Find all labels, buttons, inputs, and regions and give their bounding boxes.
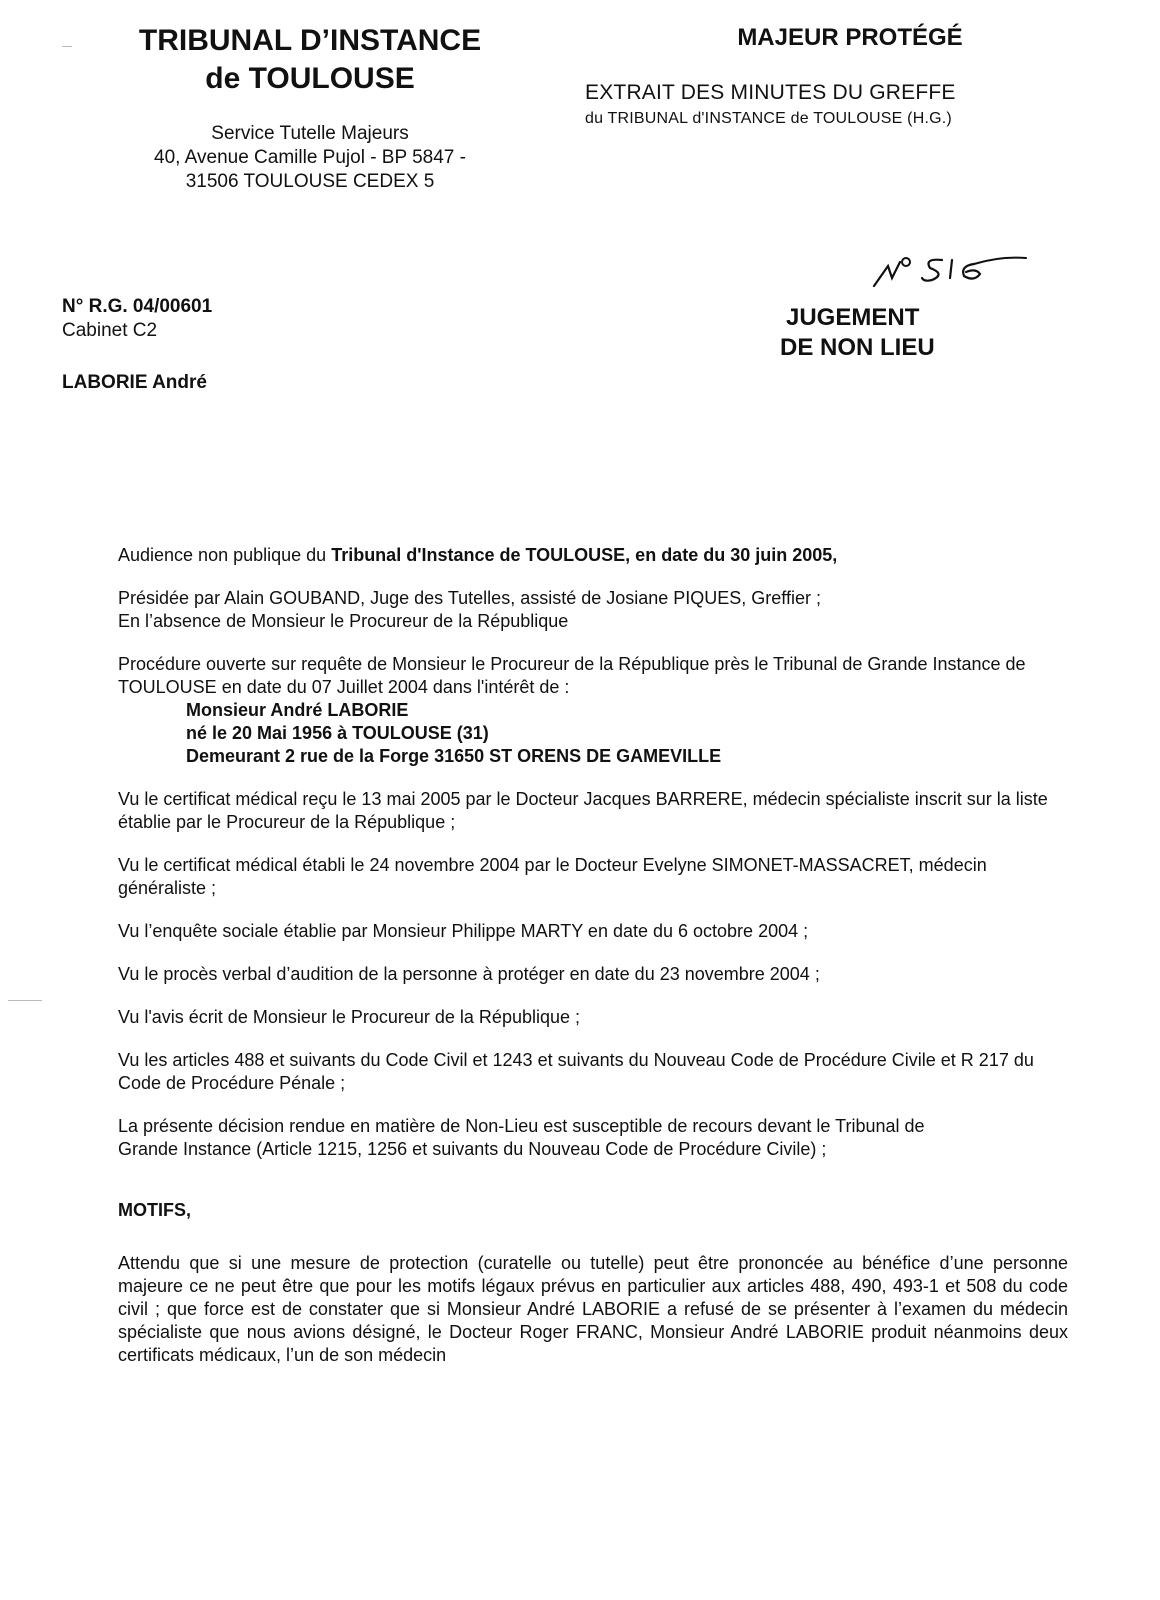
scan-artifact (62, 46, 72, 47)
person-name: Monsieur André LABORIE (186, 700, 408, 720)
vu-item: Vu le procès verbal d’audition de la per… (118, 963, 1068, 986)
presidee-line2: En l’absence de Monsieur le Procureur de… (118, 611, 568, 631)
vu-item: Vu le certificat médical reçu le 13 mai … (118, 788, 1068, 834)
motifs-heading: MOTIFS, (118, 1199, 1068, 1222)
extrait-line1: EXTRAIT DES MINUTES DU GREFFE (585, 80, 956, 106)
judgment-title-line2: DE NON LIEU (780, 333, 935, 363)
person-block: Monsieur André LABORIE né le 20 Mai 1956… (118, 699, 1068, 768)
rg-number: N° R.G. 04/00601 (62, 295, 212, 319)
presidee-line1: Présidée par Alain GOUBAND, Juge des Tut… (118, 588, 821, 608)
extrait-line2: du TRIBUNAL d'INSTANCE de TOULOUSE (H.G.… (585, 106, 956, 132)
court-name-line2: de TOULOUSE (100, 60, 520, 98)
vu-item: Vu les articles 488 et suivants du Code … (118, 1049, 1068, 1095)
handwritten-number (870, 248, 1030, 292)
court-service: Service Tutelle Majeurs (100, 122, 520, 146)
scan-artifact (8, 1000, 42, 1001)
court-address: Service Tutelle Majeurs 40, Avenue Camil… (100, 122, 520, 194)
person-address: Demeurant 2 rue de la Forge 31650 ST ORE… (186, 746, 721, 766)
extrait-stamp: EXTRAIT DES MINUTES DU GREFFE du TRIBUNA… (585, 80, 956, 132)
vu-item: Vu le certificat médical établi le 24 no… (118, 854, 1068, 900)
audience-paragraph: Audience non publique du Tribunal d'Inst… (118, 544, 1068, 567)
case-reference: N° R.G. 04/00601 Cabinet C2 (62, 295, 212, 343)
motifs-paragraph: Attendu que si une mesure de protection … (118, 1252, 1068, 1367)
audience-court-date: Tribunal d'Instance de TOULOUSE, en date… (331, 545, 837, 565)
court-address-line1: 40, Avenue Camille Pujol - BP 5847 - (100, 146, 520, 170)
procedure-paragraph: Procédure ouverte sur requête de Monsieu… (118, 653, 1068, 699)
judgment-title: JUGEMENT DE NON LIEU (780, 303, 935, 363)
court-name: TRIBUNAL D’INSTANCE de TOULOUSE (100, 22, 520, 98)
audience-prefix: Audience non publique du (118, 545, 331, 565)
vu-item: Vu l’enquête sociale établie par Monsieu… (118, 920, 1068, 943)
person-birth: né le 20 Mai 1956 à TOULOUSE (31) (186, 723, 489, 743)
vu-item: Vu l'avis écrit de Monsieur le Procureur… (118, 1006, 1068, 1029)
recours-paragraph: La présente décision rendue en matière d… (118, 1115, 1068, 1161)
court-name-line1: TRIBUNAL D’INSTANCE (100, 22, 520, 60)
judgment-title-line1: JUGEMENT (780, 303, 935, 333)
status-heading: MAJEUR PROTÉGÉ (640, 24, 1060, 52)
document-body: Audience non publique du Tribunal d'Inst… (118, 544, 1068, 1387)
party-name: LABORIE André (62, 372, 207, 394)
handwritten-number-drawing (870, 248, 1030, 292)
cabinet: Cabinet C2 (62, 319, 212, 343)
court-address-line2: 31506 TOULOUSE CEDEX 5 (100, 170, 520, 194)
presidee-paragraph: Présidée par Alain GOUBAND, Juge des Tut… (118, 587, 1068, 633)
